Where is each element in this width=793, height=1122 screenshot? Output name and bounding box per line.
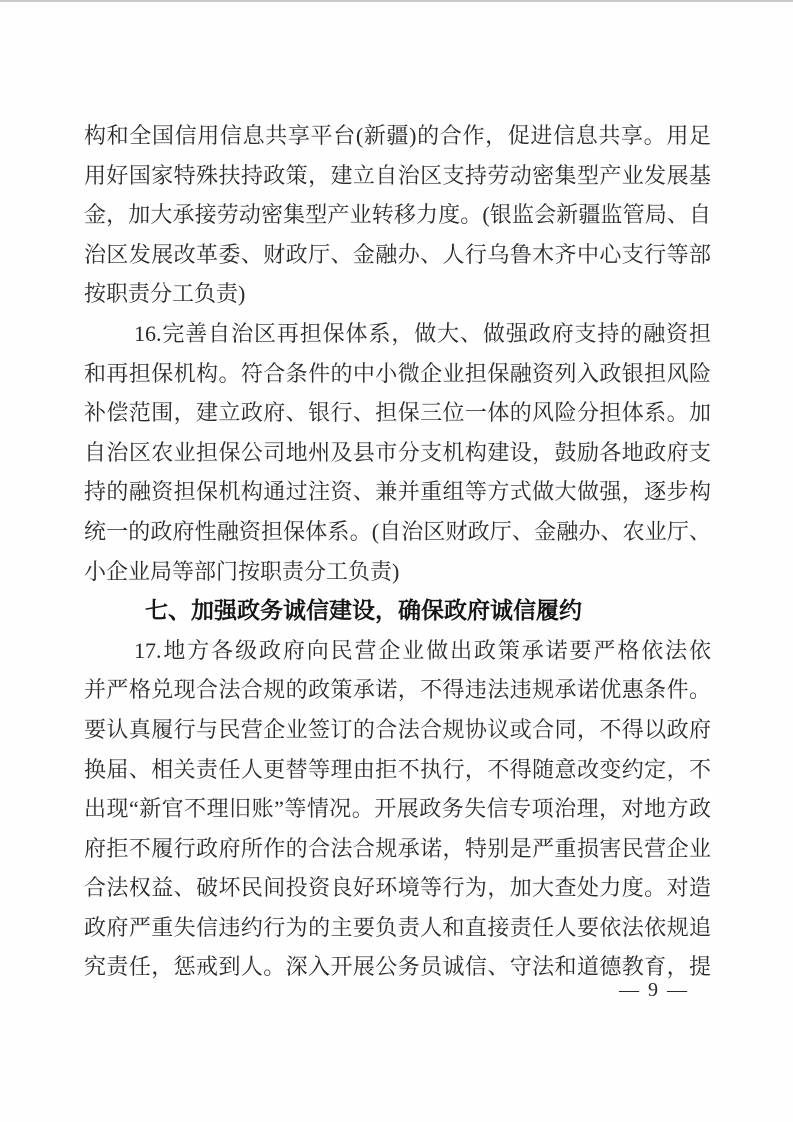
scan-edge-line bbox=[0, 0, 793, 2]
paragraph-continuation: 构和全国信用信息共享平台(新疆)的合作，促进信息共享。用足用好国家特殊扶持政策，… bbox=[84, 116, 711, 314]
paragraph-item-17: 17.地方各级政府向民营企业做出政策承诺要严格依法依规，并严格兑现合法合规的政策… bbox=[84, 631, 711, 987]
section-heading-7: 七、加强政务诚信建设，确保政府诚信履约 bbox=[84, 591, 711, 631]
text-line: 16.完善自治区再担保体系，做大、做强政府支持的融资担保 bbox=[84, 314, 711, 354]
text-line: 补偿范围，建立政府、银行、担保三位一体的风险分担体系。加快 bbox=[84, 393, 711, 433]
text-line: 17.地方各级政府向民营企业做出政策承诺要严格依法依规， bbox=[84, 631, 711, 671]
text-line: 究责任，惩戒到人。深入开展公务员诚信、守法和道德教育，提高 bbox=[84, 947, 711, 987]
document-page: 构和全国信用信息共享平台(新疆)的合作，促进信息共享。用足用好国家特殊扶持政策，… bbox=[0, 0, 793, 1122]
document-body: 构和全国信用信息共享平台(新疆)的合作，促进信息共享。用足用好国家特殊扶持政策，… bbox=[84, 116, 711, 987]
text-line: 出现“新官不理旧账”等情况。开展政务失信专项治理，对地方政 bbox=[84, 789, 711, 829]
text-line: 金，加大承接劳动密集型产业转移力度。(银监会新疆监管局、自 bbox=[84, 195, 711, 235]
text-line: 政府严重失信违约行为的主要负责人和直接责任人要依法依规追 bbox=[84, 908, 711, 948]
text-line: 治区发展改革委、财政厅、金融办、人行乌鲁木齐中心支行等部门 bbox=[84, 235, 711, 275]
text-line: 要认真履行与民营企业签订的合法合规协议或合同，不得以政府 bbox=[84, 710, 711, 750]
text-line: 府拒不履行政府所作的合法合规承诺，特别是严重损害民营企业 bbox=[84, 829, 711, 869]
text-line: 持的融资担保机构通过注资、兼并重组等方式做大做强，逐步构建 bbox=[84, 472, 711, 512]
text-line: 七、加强政务诚信建设，确保政府诚信履约 bbox=[84, 591, 711, 631]
text-line: 和再担保机构。符合条件的中小微企业担保融资列入政银担风险 bbox=[84, 354, 711, 394]
text-line: 构和全国信用信息共享平台(新疆)的合作，促进信息共享。用足 bbox=[84, 116, 711, 156]
text-line: 换届、相关责任人更替等理由拒不执行，不得随意改变约定，不得 bbox=[84, 750, 711, 790]
text-line: 统一的政府性融资担保体系。(自治区财政厅、金融办、农业厅、中 bbox=[84, 512, 711, 552]
text-line: 按职责分工负责) bbox=[84, 274, 711, 314]
page-number: — 9 — bbox=[619, 979, 689, 1002]
text-line: 合法权益、破坏民间投资良好环境等行为，加大查处力度。对造成 bbox=[84, 868, 711, 908]
text-line: 用好国家特殊扶持政策，建立自治区支持劳动密集型产业发展基 bbox=[84, 156, 711, 196]
paragraph-item-16: 16.完善自治区再担保体系，做大、做强政府支持的融资担保和再担保机构。符合条件的… bbox=[84, 314, 711, 591]
text-line: 小企业局等部门按职责分工负责) bbox=[84, 552, 711, 592]
text-line: 自治区农业担保公司地州及县市分支机构建设，鼓励各地政府支 bbox=[84, 433, 711, 473]
text-line: 并严格兑现合法合规的政策承诺，不得违法违规承诺优惠条件。 bbox=[84, 670, 711, 710]
